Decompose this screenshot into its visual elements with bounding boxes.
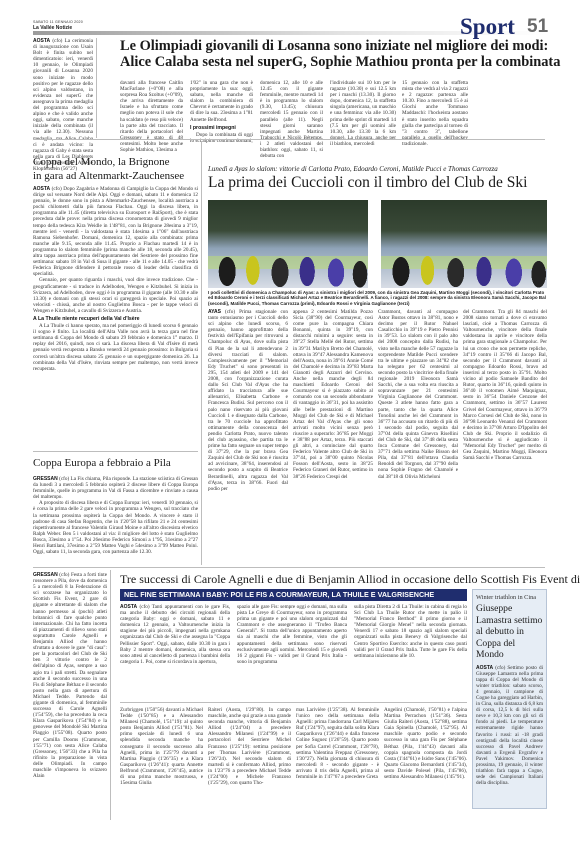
baby-column-2: spazio alle gare Fis: sempre oggi e doma… — [237, 604, 347, 665]
headline-line-1: Le Olimpiadi giovanili di Losanna sono i… — [120, 38, 560, 54]
subheading: I prossimi impegni — [190, 125, 253, 131]
cuccioli-headline: La prima dei Cuccioli con il timbro del … — [208, 174, 548, 192]
baby-headline-bar: NEL FINE SETTIMANA I BABY: POI LE FIS A … — [120, 589, 467, 601]
triathlon-kicker: Winter triathlon in Cina — [476, 594, 543, 601]
dateline: AOSTA — [33, 38, 50, 44]
lead-intro-column: AOSTA (cfo) La cerimonia di inaugurazion… — [33, 38, 93, 172]
issue-date: SABATO 11 GENNAIO 2020 — [33, 20, 83, 24]
lead-headline: Le Olimpiadi giovanili di Losanna sono i… — [120, 38, 560, 70]
scottish-left-column: GRESSAN (cfo) Festa a forti tinte rosson… — [33, 572, 107, 817]
headline-line-2: Alice Calaba sesta nel superG, Sophie Ma… — [120, 54, 560, 70]
dateline: AYAS — [208, 309, 221, 315]
triathlon-box: Winter triathlon in Cina Giuseppe Lamast… — [472, 589, 547, 809]
cuccioli-column-3: Crammont, davanti al compagno Astor Bust… — [378, 309, 458, 565]
lead-column-6: 15 gennaio con la staffetta mista che ve… — [402, 80, 468, 147]
lead-column-3: 1'02" in una gara che non è propriamente… — [190, 80, 253, 144]
brignone-body: AOSTA (cfo) Dopo Zagabria e Madonna di C… — [33, 186, 198, 372]
podium-photo-2008 — [381, 200, 547, 288]
cuccioli-kicker: Lunedì a Ayas lo slalom: vittorie di Car… — [208, 165, 548, 173]
brignone-headline: Coppa del Mondo, la Brignone in gara ad … — [33, 156, 198, 183]
dateline: AOSTA — [476, 665, 493, 671]
dateline: GRESSAN — [33, 572, 58, 578]
scottish-column-2: Raiteri (Aosta, 1'29"80). In campo masch… — [208, 707, 291, 817]
podium-photo-2009 — [208, 200, 368, 288]
pila-europa-headline: Coppa Europa a febbraio a Pila — [33, 457, 198, 470]
cuccioli-column-4: del Crammont. Tra gli 84 maschi del 2008… — [463, 309, 547, 565]
pila-europa-body: GRESSAN (cfo) La Fis chiama, Pila rispon… — [33, 476, 198, 555]
scottish-headline: Tre successi di Carole Agnelli e due di … — [120, 572, 550, 587]
dateline: AOSTA — [120, 604, 137, 610]
cuccioli-column-2: appena 2 centesimi Matilda Pozzo Sicia (… — [293, 309, 373, 565]
page-number: 51 — [527, 16, 548, 38]
section-title: Sport — [460, 14, 515, 40]
lead-column-5: l'individuale sui 10 km per le ragazze (… — [330, 80, 396, 147]
baby-column-1: AOSTA (cfo) Tanti appuntamenti con le ga… — [120, 604, 230, 665]
scottish-column-1: Zurbriggen (1'50"56) davanti a Michael T… — [120, 707, 203, 817]
scottish-column-4: Angelini (Chamolé, 1'50"81) e l'alpina M… — [384, 707, 467, 817]
article-text: La cerimonia di inaugurazione con Usain … — [33, 38, 93, 172]
lead-column-4: domenica 12, alle 10 e alle 12.45 con il… — [260, 80, 323, 159]
triathlon-headline: Giuseppe Lamastra settimo al debutto in … — [476, 603, 543, 661]
dateline: AOSTA — [33, 186, 50, 192]
byline: (cfo) — [52, 38, 62, 44]
cuccioli-column-1: AYAS (cfo) Prima stagionale con tanto en… — [208, 309, 288, 565]
photo-caption: I podi collettivi di domenica a Champolu… — [208, 290, 548, 306]
triathlon-body: AOSTA (cfo) Settimo posto di Giuseppe La… — [476, 665, 543, 787]
baby-column-3: sulla pista Diretta 2 di La Thuile: in c… — [354, 604, 467, 659]
subheading: A La Thuile niente recuperi della Val d'… — [33, 316, 198, 322]
scottish-column-3: mas Larivière (1'25"38). Al femminile l'… — [296, 707, 379, 817]
lead-column-2: davanti alla francese Caitlin MacFarlane… — [120, 80, 183, 153]
